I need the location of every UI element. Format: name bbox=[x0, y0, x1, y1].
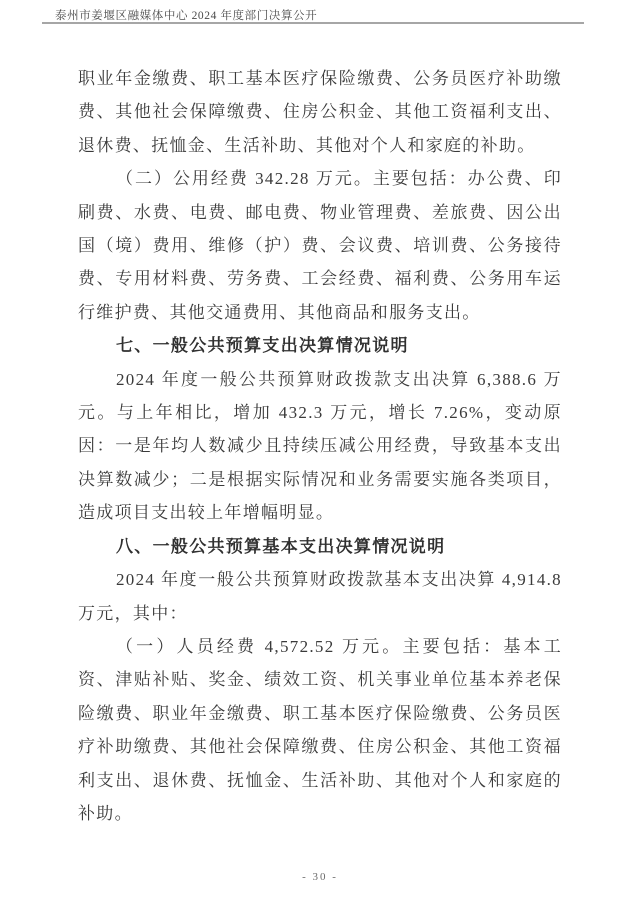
paragraph-personnel-funds: （一）人员经费 4,572.52 万元。主要包括：基本工资、津贴补贴、奖金、绩效… bbox=[78, 630, 562, 830]
page-number: - 30 - bbox=[0, 871, 640, 883]
document-body: 职业年金缴费、职工基本医疗保险缴费、公务员医疗补助缴费、其他社会保障缴费、住房公… bbox=[78, 62, 562, 830]
page-header-title: 泰州市姜堰区融媒体中心 2024 年度部门决算公开 bbox=[55, 7, 317, 23]
section-heading-8: 八、一般公共预算基本支出决算情况说明 bbox=[78, 530, 562, 563]
paragraph-general-budget-expenditure: 2024 年度一般公共预算财政拨款支出决算 6,388.6 万元。与上年相比，增… bbox=[78, 363, 562, 530]
paragraph-personnel-items-continuation: 职业年金缴费、职工基本医疗保险缴费、公务员医疗补助缴费、其他社会保障缴费、住房公… bbox=[78, 62, 562, 162]
document-page: 泰州市姜堰区融媒体中心 2024 年度部门决算公开 职业年金缴费、职工基本医疗保… bbox=[0, 0, 640, 905]
paragraph-public-funds: （二）公用经费 342.28 万元。主要包括：办公费、印刷费、水费、电费、邮电费… bbox=[78, 162, 562, 329]
header-rule-divider bbox=[42, 22, 584, 24]
section-heading-7: 七、一般公共预算支出决算情况说明 bbox=[78, 329, 562, 362]
paragraph-basic-expenditure-total: 2024 年度一般公共预算财政拨款基本支出决算 4,914.8 万元，其中： bbox=[78, 563, 562, 630]
